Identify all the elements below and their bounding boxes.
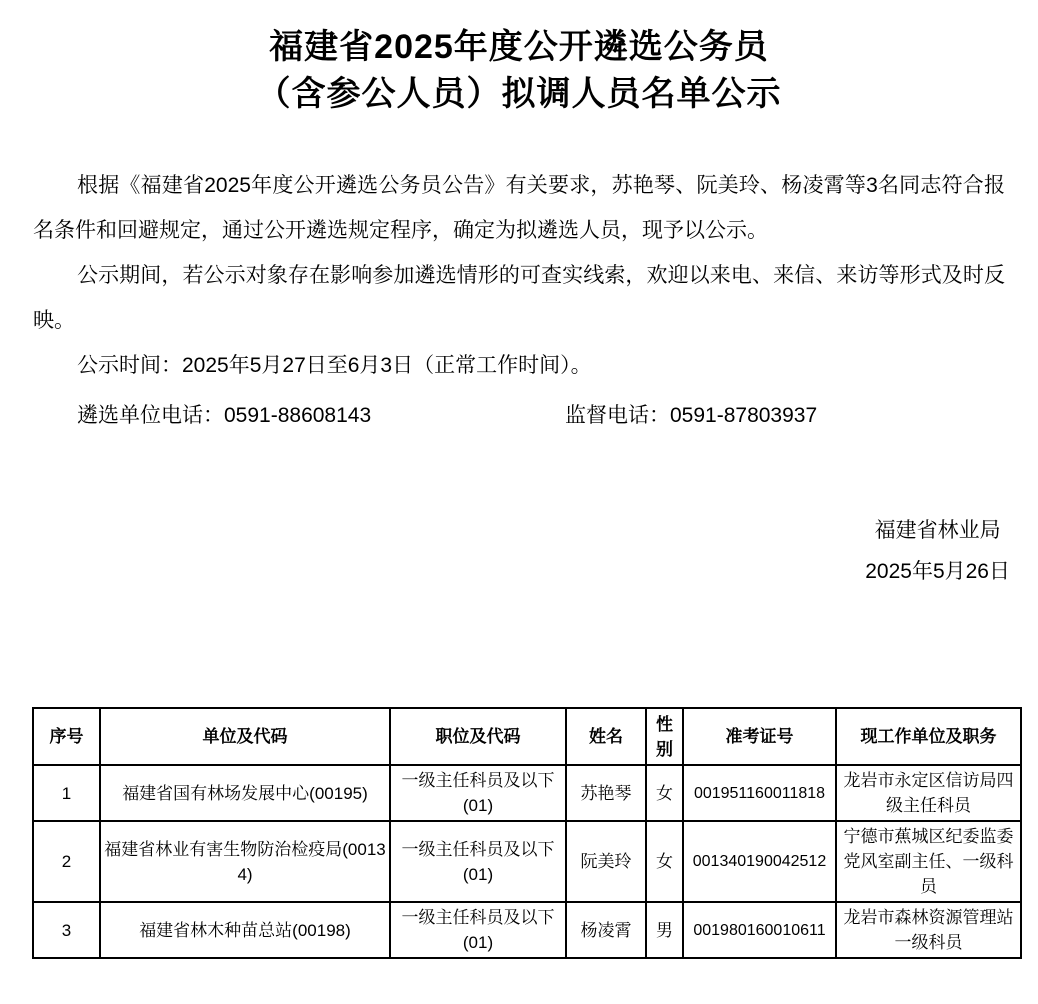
body-text: 根据《福建省2025年度公开遴选公务员公告》有关要求，苏艳琴、阮美玲、杨凌霄等3… [33,163,1005,438]
contact-line: 遴选单位电话：0591-88608143 监督电话：0591-87803937 [33,393,1005,438]
cell-current-job: 宁德市蕉城区纪委监委党风室副主任、一级科员 [836,821,1021,902]
signature-date: 2025年5月26日 [865,551,1010,592]
paragraph-publicity-period: 公示时间：2025年5月27日至6月3日（正常工作时间）。 [33,343,1005,388]
cell-index: 1 [33,765,100,821]
table-row: 1 福建省国有林场发展中心(00195) 一级主任科员及以下(01) 苏艳琴 女… [33,765,1021,821]
candidate-table: 序号 单位及代码 职位及代码 姓名 性别 准考证号 现工作单位及职务 1 福建省… [32,707,1022,959]
cell-ticket-number: 001951160011818 [683,765,836,821]
cell-current-job: 龙岩市永定区信访局四级主任科员 [836,765,1021,821]
table-header-row: 序号 单位及代码 职位及代码 姓名 性别 准考证号 现工作单位及职务 [33,708,1021,765]
unit-phone: 遴选单位电话：0591-88608143 [77,404,371,427]
cell-gender: 男 [646,902,683,958]
supervision-phone: 监督电话：0591-87803937 [565,393,817,438]
cell-unit-code: 福建省林木种苗总站(00198) [100,902,390,958]
cell-position-code: 一级主任科员及以下(01) [390,765,566,821]
announcement-page: 福建省2025年度公开遴选公务员 （含参公人员）拟调人员名单公示 根据《福建省2… [0,0,1038,1004]
cell-gender: 女 [646,765,683,821]
page-title-line2: （含参公人员）拟调人员名单公示 [0,71,1038,118]
header-name: 姓名 [566,708,646,765]
header-ticket-number: 准考证号 [683,708,836,765]
cell-index: 3 [33,902,100,958]
table-row: 2 福建省林业有害生物防治检疫局(00134) 一级主任科员及以下(01) 阮美… [33,821,1021,902]
header-index: 序号 [33,708,100,765]
header-unit-code: 单位及代码 [100,708,390,765]
header-gender: 性别 [646,708,683,765]
signature: 福建省林业局 2025年5月26日 [865,510,1010,592]
cell-name: 阮美玲 [566,821,646,902]
cell-ticket-number: 001980160010611 [683,902,836,958]
page-title: 福建省2025年度公开遴选公务员 （含参公人员）拟调人员名单公示 [0,24,1038,118]
cell-name: 苏艳琴 [566,765,646,821]
cell-index: 2 [33,821,100,902]
cell-current-job: 龙岩市森林资源管理站一级科员 [836,902,1021,958]
cell-unit-code: 福建省林业有害生物防治检疫局(00134) [100,821,390,902]
paragraph-basis: 根据《福建省2025年度公开遴选公务员公告》有关要求，苏艳琴、阮美玲、杨凌霄等3… [33,163,1005,253]
cell-position-code: 一级主任科员及以下(01) [390,902,566,958]
page-title-line1: 福建省2025年度公开遴选公务员 [0,24,1038,71]
cell-ticket-number: 001340190042512 [683,821,836,902]
cell-gender: 女 [646,821,683,902]
signature-organization: 福建省林业局 [865,510,1010,551]
header-current-job: 现工作单位及职务 [836,708,1021,765]
header-position-code: 职位及代码 [390,708,566,765]
table-row: 3 福建省林木种苗总站(00198) 一级主任科员及以下(01) 杨凌霄 男 0… [33,902,1021,958]
cell-name: 杨凌霄 [566,902,646,958]
paragraph-feedback: 公示期间，若公示对象存在影响参加遴选情形的可查实线索，欢迎以来电、来信、来访等形… [33,253,1005,343]
cell-unit-code: 福建省国有林场发展中心(00195) [100,765,390,821]
cell-position-code: 一级主任科员及以下(01) [390,821,566,902]
